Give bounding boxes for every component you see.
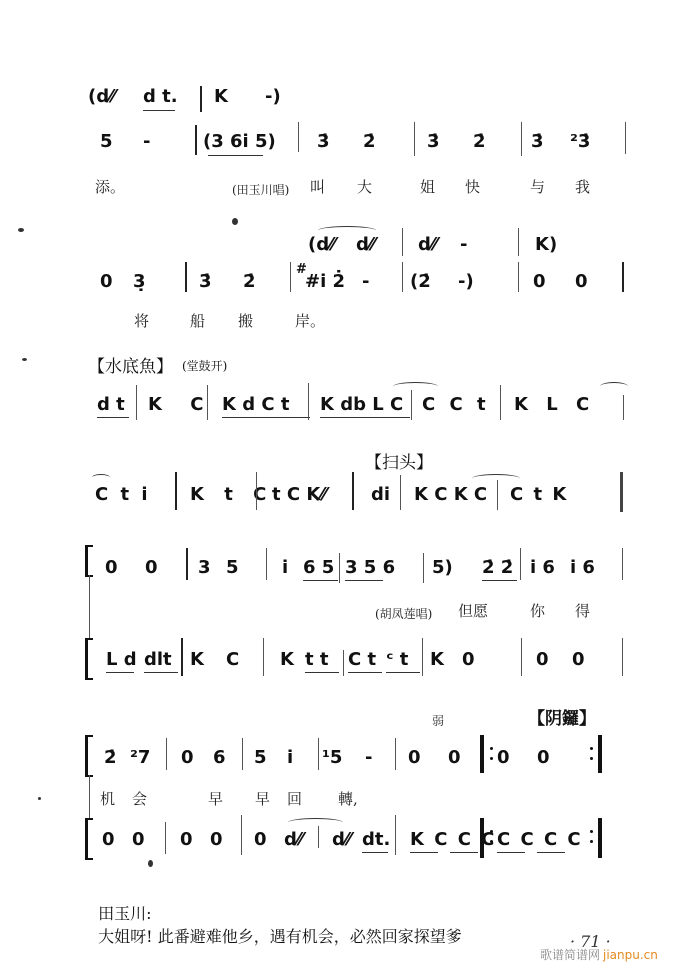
perc-note: 0: [132, 830, 145, 850]
singer-label: (胡凤莲唱): [375, 605, 432, 623]
repeat-barline: [480, 735, 484, 773]
lyric: 岸。: [295, 312, 325, 330]
ink-speck: [232, 218, 238, 225]
section-label: 【扫头】: [365, 448, 433, 473]
perc-note: (d⁄⁄: [88, 87, 115, 107]
dialogue-text: 大姐呀! 此番避难他乡，遇有机会，必然回家探望爹: [98, 927, 462, 946]
speaker-name: 田玉川:: [98, 904, 151, 923]
barline: [136, 385, 137, 420]
barline: [411, 390, 412, 420]
melody-note: 0: [448, 748, 461, 768]
barline: [497, 480, 498, 510]
perc-note: (d⁄⁄: [308, 235, 335, 255]
lyric: 回: [287, 790, 302, 808]
melody-note: -: [362, 272, 369, 292]
barline: [395, 738, 396, 770]
melody-note: 0: [575, 272, 588, 292]
slur: [472, 474, 520, 483]
melody-group: 6 5: [303, 558, 334, 578]
lyric: 大: [357, 178, 372, 196]
melody-note: #i 2̇: [305, 272, 345, 292]
perc-note: K): [535, 235, 557, 255]
melody-note: i: [282, 558, 288, 578]
melody-note: 0: [408, 748, 421, 768]
barline: [518, 228, 519, 256]
perc-note: 0: [180, 830, 193, 850]
barline: [521, 638, 522, 676]
melody-note: 0: [497, 748, 510, 768]
barline: [200, 86, 202, 112]
underline: [106, 672, 134, 673]
perc-note: -): [265, 87, 281, 107]
barline: [422, 638, 423, 676]
perc-measure: K C: [148, 395, 203, 415]
melody-note: 2̇: [104, 748, 117, 768]
ink-speck: [148, 860, 153, 867]
repeat-barline: [598, 818, 602, 858]
melody-note: -): [458, 272, 474, 292]
underline: [362, 852, 388, 853]
melody-note: i 6: [570, 558, 595, 578]
perc-note: t t: [305, 650, 328, 670]
barline: [520, 548, 521, 580]
perc-note: d⁄⁄: [418, 235, 437, 255]
underline: [144, 672, 178, 673]
barline: [620, 472, 623, 512]
barline: [175, 472, 177, 510]
perc-note: dlt: [144, 650, 172, 670]
melody-note: 0: [105, 558, 118, 578]
system-bracket: [85, 735, 93, 777]
barline: [266, 548, 267, 580]
barline: [622, 548, 623, 580]
barline: [625, 122, 626, 154]
melody-note: 0: [537, 748, 550, 768]
repeat-dot: [490, 757, 493, 760]
barline: [186, 548, 188, 580]
barline: [185, 262, 187, 292]
lyric: 会: [132, 790, 147, 808]
repeat-barline: [480, 818, 484, 858]
underline: [305, 672, 339, 673]
perc-note: K: [214, 87, 228, 107]
watermark-en: jianpu.cn: [603, 948, 658, 962]
perc-note: K: [280, 650, 294, 670]
barline: [622, 638, 623, 676]
ink-speck: [18, 228, 24, 232]
perc-note: 0: [210, 830, 223, 850]
barline: [395, 815, 396, 855]
melody-note: 3̣: [133, 272, 146, 292]
perc-measure: di: [371, 485, 390, 505]
perc-measure: t C K⁄⁄: [272, 485, 326, 505]
barline: [414, 122, 415, 156]
underline: [320, 417, 410, 418]
repeat-dot: [490, 747, 493, 750]
system-bracket: [85, 545, 93, 577]
underline: [348, 672, 382, 673]
lyric: 姐: [420, 178, 435, 196]
perc-note: K: [430, 650, 444, 670]
barline: [165, 822, 166, 854]
perc-measure: C t i: [95, 485, 148, 505]
perc-measure: d t: [97, 395, 125, 415]
melody-note: 2̇: [473, 132, 486, 152]
perc-note: 0: [254, 830, 267, 850]
underline: [386, 672, 420, 673]
lyric: 早: [255, 790, 270, 808]
perc-note: K: [190, 650, 204, 670]
lyric: 添。: [95, 178, 125, 196]
underline: [208, 155, 263, 156]
barline: [339, 553, 340, 583]
melody-note: (2̇: [410, 272, 431, 292]
repeat-barline: [598, 735, 602, 773]
underline: [450, 852, 478, 853]
perc-note: 0: [102, 830, 115, 850]
perc-note: 0: [462, 650, 475, 670]
bracket-line: [89, 575, 90, 640]
underline: [497, 852, 525, 853]
barline: [518, 262, 519, 292]
barline: [290, 262, 291, 292]
melody-group: (3 6i 5): [203, 132, 276, 152]
melody-note: 5: [254, 748, 267, 768]
repeat-dot: [590, 830, 593, 833]
melody-note: 3: [198, 558, 211, 578]
barline: [500, 385, 501, 420]
barline: [181, 638, 183, 676]
melody-note: 0: [533, 272, 546, 292]
perc-note: d⁄⁄: [332, 830, 351, 850]
barline: [298, 122, 299, 152]
perc-note: C: [226, 650, 239, 670]
barline: [263, 638, 264, 676]
barline: [256, 472, 257, 510]
perc-measure: K db L C: [320, 395, 403, 415]
melody-note: 2̇: [243, 272, 256, 292]
barline: [207, 385, 208, 420]
melody-note: 0: [100, 272, 113, 292]
lyric: 机: [100, 790, 115, 808]
melody-note: 5): [432, 558, 453, 578]
perc-note: d⁄⁄: [356, 235, 375, 255]
bracket-line: [89, 775, 90, 820]
system-bracket: [85, 638, 93, 680]
slur: [288, 818, 343, 827]
perc-measure: K d C t: [222, 395, 289, 415]
melody-note: 3̇: [199, 272, 212, 292]
watermark: 歌谱简谱网jianpu.cn: [540, 946, 658, 963]
melody-note: 5: [226, 558, 239, 578]
lyric: 得: [575, 602, 590, 620]
watermark-cn: 歌谱简谱网: [540, 948, 600, 962]
slur: [92, 474, 110, 481]
perc-measure: K C K C: [414, 485, 487, 505]
barline: [242, 738, 243, 770]
lyric: 将: [134, 312, 149, 330]
lyric: 早: [208, 790, 223, 808]
melody-note: 0: [181, 748, 194, 768]
barline: [521, 122, 522, 156]
repeat-dot: [590, 747, 593, 750]
perc-measure: K t C: [190, 485, 266, 505]
lyric: 叫: [310, 178, 325, 196]
melody-note: -: [365, 748, 372, 768]
melody-note: 0: [145, 558, 158, 578]
lyric: 轉,: [338, 790, 358, 808]
perc-note: 0: [572, 650, 585, 670]
lyric: 搬: [238, 312, 253, 330]
melody-group: 2̇ 2̇: [482, 558, 513, 578]
melody-note: i: [287, 748, 293, 768]
lyric: 但愿: [458, 602, 488, 620]
repeat-dot: [590, 840, 593, 843]
ink-speck: [38, 797, 41, 800]
slur: [393, 382, 438, 391]
barline: [352, 472, 354, 510]
underline: [97, 417, 129, 418]
underline: [303, 580, 338, 581]
lyric: 船: [190, 312, 205, 330]
repeat-dot: [490, 830, 493, 833]
perc-note: dt.: [362, 830, 390, 850]
barline: [402, 228, 403, 256]
underline: [410, 852, 438, 853]
underline: [345, 580, 383, 581]
melody-note: 3̇: [531, 132, 544, 152]
melody-note: i 6: [530, 558, 555, 578]
spoken-dialogue: 田玉川: 大姐呀! 此番避难他乡，遇有机会，必然回家探望爹: [88, 882, 462, 947]
melody-note: 2̇: [363, 132, 376, 152]
ink-speck: [22, 358, 27, 361]
perc-note: C t: [348, 650, 376, 670]
perc-measure: C C C C: [497, 830, 581, 850]
barline: [195, 125, 197, 155]
barline: [166, 738, 167, 770]
melody-note: 5: [100, 132, 113, 152]
underline: [222, 417, 310, 418]
slur: [600, 382, 628, 391]
perc-note: d t.: [143, 87, 178, 107]
singer-label: (田玉川唱): [232, 181, 289, 199]
perc-note: -: [460, 235, 467, 255]
perc-measure: C C t: [422, 395, 486, 415]
perc-note: 0: [536, 650, 549, 670]
melody-group: 3 5 6: [345, 558, 395, 578]
barline: [241, 815, 242, 855]
dynamic-marking: 弱: [432, 712, 444, 730]
underline: [537, 852, 565, 853]
underline: [482, 580, 517, 581]
system-bracket: [85, 818, 93, 860]
lyric: 与: [530, 178, 545, 196]
melody-note: ¹5: [322, 748, 342, 768]
barline: [318, 826, 319, 848]
perc-measure: C t K: [510, 485, 566, 505]
perc-note: L d: [106, 650, 137, 670]
barline: [402, 262, 403, 292]
melody-note: -: [143, 132, 150, 152]
perc-note: ᶜ t: [386, 650, 408, 670]
repeat-dot: [490, 840, 493, 843]
melody-note: 6: [213, 748, 226, 768]
melody-note: 3̇: [317, 132, 330, 152]
perc-note: d⁄⁄: [284, 830, 303, 850]
lyric: 快: [465, 178, 480, 196]
melody-note: ²3̇: [570, 132, 590, 152]
underline: [143, 110, 175, 111]
perc-measure: K L C: [514, 395, 589, 415]
melody-note: ²7: [130, 748, 150, 768]
lyric: 你: [530, 602, 545, 620]
barline: [423, 553, 424, 583]
melody-note: 3̇: [427, 132, 440, 152]
barline: [318, 738, 319, 770]
barline: [400, 475, 401, 510]
barline: [343, 650, 344, 676]
lyric: 我: [575, 178, 590, 196]
section-label: 【水底魚】: [88, 352, 173, 377]
section-label: 【阴鑼】: [528, 704, 596, 729]
barline: [623, 395, 624, 420]
repeat-dot: [590, 757, 593, 760]
barline: [622, 262, 624, 292]
barline: [308, 383, 309, 420]
section-note: (堂鼓开): [182, 357, 227, 374]
